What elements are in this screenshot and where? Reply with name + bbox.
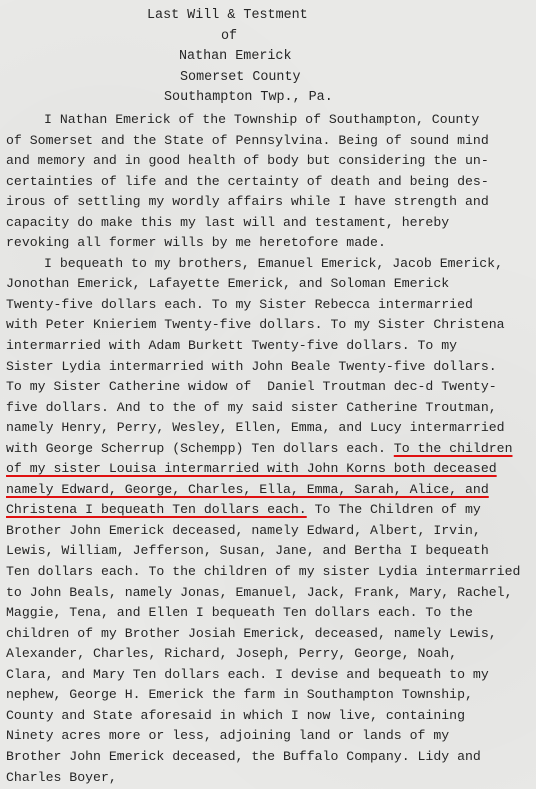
text-line: Ninety acres more or less, adjoining lan… [6, 726, 536, 747]
line-text: To my Sister Catherine widow of Daniel T… [6, 379, 497, 394]
text-line: Brother John Emerick deceased, the Buffa… [6, 747, 536, 768]
text-line: I Nathan Emerick of the Township of Sout… [6, 110, 536, 131]
township-name: Southampton Twp., Pa. [0, 88, 536, 109]
line-text: Lewis, William, Jefferson, Susan, Jane, … [6, 543, 489, 558]
text-line: namely Henry, Perry, Wesley, Ellen, Emma… [6, 418, 536, 439]
text-line: nephew, George H. Emerick the farm in So… [6, 685, 536, 706]
line-text: children of my Brother Josiah Emerick, d… [6, 626, 497, 641]
text-line: of my sister Louisa intermarried with Jo… [6, 459, 536, 480]
text-line: Jonothan Emerick, Lafayette Emerick, and… [6, 274, 536, 295]
line-text: Ninety acres more or less, adjoining lan… [6, 728, 449, 743]
line-text: nephew, George H. Emerick the farm in So… [6, 687, 473, 702]
text-line: with George Scherrup (Schempp) Ten dolla… [6, 439, 536, 460]
document-heading: Last Will & Testment of Nathan Emerick S… [0, 6, 536, 109]
text-line: intermarried with Adam Burkett Twenty-fi… [6, 336, 536, 357]
line-text: five dollars. And to the of my said sist… [6, 400, 497, 415]
text-line: with Peter Knieriem Twenty-five dollars.… [6, 315, 536, 336]
line-text: irous of settling my wordly affairs whil… [6, 194, 489, 209]
text-line: Lewis, William, Jefferson, Susan, Jane, … [6, 541, 536, 562]
underlined-passage: namely Edward, George, Charles, Ella, Em… [6, 482, 489, 497]
text-line: Brother John Emerick deceased, namely Ed… [6, 521, 536, 542]
line-text: intermarried with Adam Burkett Twenty-fi… [6, 338, 457, 353]
line-text: Brother John Emerick deceased, namely Ed… [6, 523, 481, 538]
text-line: and memory and in good health of body bu… [6, 151, 536, 172]
text-line: Charles Boyer, [6, 768, 536, 789]
line-text: Sister Lydia intermarried with John Beal… [6, 359, 497, 374]
line-text: and memory and in good health of body bu… [6, 153, 489, 168]
will-body-text: I Nathan Emerick of the Township of Sout… [6, 110, 536, 788]
line-text: certainties of life and the certainty of… [6, 174, 489, 189]
document-page: Last Will & Testment of Nathan Emerick S… [0, 0, 536, 789]
text-line: Christena I bequeath Ten dollars each. T… [6, 500, 536, 521]
line-text: revoking all former wills by me heretofo… [6, 235, 386, 250]
testator-name: Nathan Emerick [0, 47, 536, 68]
line-text: County and State aforesaid in which I no… [6, 708, 465, 723]
line-text: Brother John Emerick deceased, the Buffa… [6, 749, 481, 764]
text-line: irous of settling my wordly affairs whil… [6, 192, 536, 213]
line-text: capacity do make this my last will and t… [6, 215, 449, 230]
line-text: To The Children of my [307, 502, 481, 517]
line-text: Clara, and Mary Ten dollars each. I devi… [6, 667, 489, 682]
line-text: Charles Boyer, [6, 770, 117, 785]
text-line: capacity do make this my last will and t… [6, 213, 536, 234]
text-line: namely Edward, George, Charles, Ella, Em… [6, 480, 536, 501]
text-line: To my Sister Catherine widow of Daniel T… [6, 377, 536, 398]
line-text: Maggie, Tena, and Ellen I bequeath Ten d… [6, 605, 473, 620]
line-text: I Nathan Emerick of the Township of Sout… [44, 112, 479, 127]
text-line: Ten dollars each. To the children of my … [6, 562, 536, 583]
line-text: with George Scherrup (Schempp) Ten dolla… [6, 441, 394, 456]
line-text: Twenty-five dollars each. To my Sister R… [6, 297, 473, 312]
text-line: revoking all former wills by me heretofo… [6, 233, 536, 254]
line-text: of Somerset and the State of Pennsylvina… [6, 133, 489, 148]
text-line: Sister Lydia intermarried with John Beal… [6, 357, 536, 378]
line-text: Jonothan Emerick, Lafayette Emerick, and… [6, 276, 449, 291]
text-line: certainties of life and the certainty of… [6, 172, 536, 193]
heading-of: of [0, 27, 536, 48]
line-text: Alexander, Charles, Richard, Joseph, Per… [6, 646, 457, 661]
line-text: with Peter Knieriem Twenty-five dollars.… [6, 317, 505, 332]
text-line: Alexander, Charles, Richard, Joseph, Per… [6, 644, 536, 665]
text-line: Twenty-five dollars each. To my Sister R… [6, 295, 536, 316]
text-line: County and State aforesaid in which I no… [6, 706, 536, 727]
line-text: to John Beals, namely Jonas, Emanuel, Ja… [6, 585, 512, 600]
text-line: children of my Brother Josiah Emerick, d… [6, 624, 536, 645]
line-text: Ten dollars each. To the children of my … [6, 564, 520, 579]
text-line: Clara, and Mary Ten dollars each. I devi… [6, 665, 536, 686]
text-line: of Somerset and the State of Pennsylvina… [6, 131, 536, 152]
line-text: I bequeath to my brothers, Emanuel Emeri… [44, 256, 503, 271]
text-line: five dollars. And to the of my said sist… [6, 398, 536, 419]
document-title: Last Will & Testment [0, 6, 536, 27]
underlined-passage: of my sister Louisa intermarried with Jo… [6, 461, 497, 476]
line-text: namely Henry, Perry, Wesley, Ellen, Emma… [6, 420, 505, 435]
underlined-passage: Christena I bequeath Ten dollars each. [6, 502, 307, 517]
underlined-passage: To the children [394, 441, 513, 456]
county-name: Somerset County [0, 68, 536, 89]
text-line: I bequeath to my brothers, Emanuel Emeri… [6, 254, 536, 275]
text-line: to John Beals, namely Jonas, Emanuel, Ja… [6, 583, 536, 604]
text-line: Maggie, Tena, and Ellen I bequeath Ten d… [6, 603, 536, 624]
